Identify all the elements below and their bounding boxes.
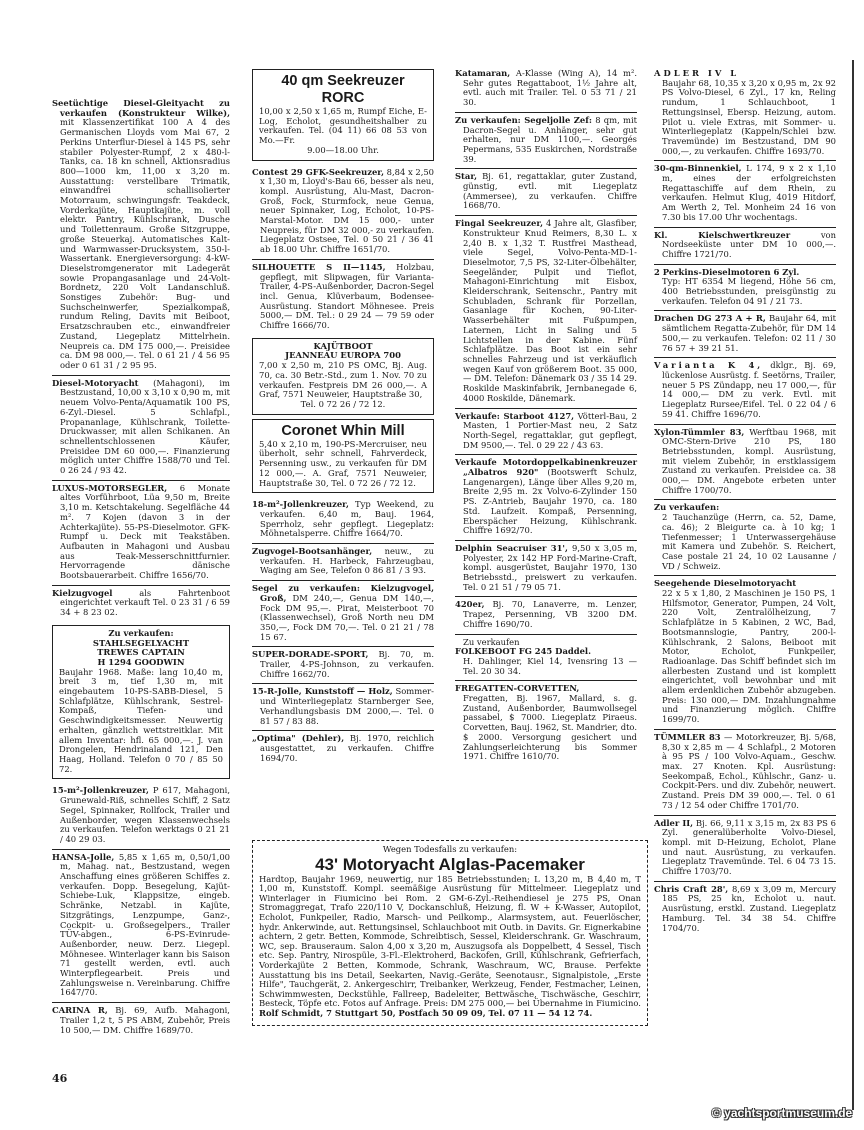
ad-body: Baujahr 68, 10,35 x 3,20 x 0,95 m, 2x 92… <box>654 79 836 157</box>
classified-ad: Contest 29 GFK-Seekreuzer, 8,84 x 2,50 x… <box>252 165 434 260</box>
boxed-ad-kajuetboot: KAJÜTBOOT JEANNEAU EUROPA 700 7,00 x 2,5… <box>252 338 434 415</box>
ad-title: 43' Motoryacht Alglas-Pacemaker <box>259 855 641 875</box>
ad-body: Baujahr 1968. Maße: lang 10,40 m, breit … <box>59 668 223 775</box>
column-1: Seetüchtige Diesel-Gleityacht zu verkauf… <box>52 96 230 1039</box>
column-2: 40 qm Seekreuzer RORC 10,00 x 2,50 x 1,6… <box>252 66 434 767</box>
ad-body: 22 x 5 x 1,80, 2 Maschinen je 150 PS, 1 … <box>654 589 836 725</box>
classified-ad: Xylon-Tümmler 83, Werftbau 1968, mit OMC… <box>654 425 836 501</box>
classified-ad: Kielzugvogel als Fahrtenboot eingerichte… <box>52 586 230 622</box>
classified-ad: „Optima" (Dehler), Bj. 1970, reichlich a… <box>252 731 434 767</box>
classified-ad: 420er, Bj. 70, Lanaverre, m. Lenzer, Tra… <box>455 597 637 634</box>
classified-ad: Katamaran, A-Klasse (Wing A), 14 m². Seh… <box>455 66 637 113</box>
boxed-ad-stahlsegelyacht: Zu verkaufen: STAHLSEGELYACHT TREWES CAP… <box>52 625 230 780</box>
classified-ad: Zu verkaufen: 2 Tauchanzüge (Herrn, ca. … <box>654 500 836 576</box>
ad-body: 2 Tauchanzüge (Herrn, ca. 52, Dame, ca. … <box>654 513 836 571</box>
boxed-ad-motoryacht-pacemaker: Wegen Todesfalls zu verkaufen: 43' Motor… <box>252 840 648 1026</box>
column-4: ADLER IV L Baujahr 68, 10,35 x 3,20 x 0,… <box>654 66 836 937</box>
classified-ad: Zugvogel-Bootsanhänger, neuw., zu verkau… <box>252 544 434 581</box>
ad-hours: 9.00—18.00 Uhr. <box>259 146 427 156</box>
classified-ad: Segel zu verkaufen: Kielzugvogel, Groß, … <box>252 581 434 647</box>
ad-phone: Tel. 0 72 26 / 72 12. <box>259 400 427 410</box>
classified-ad: CARINA R, Bj. 69, Aufb. Mahagoni, Traile… <box>52 1003 230 1039</box>
classified-ad: Seegehende Dieselmotoryacht 22 x 5 x 1,8… <box>654 576 836 730</box>
classified-ad: Verkaufe: Starboot 4127, Vötterl-Bau, 2 … <box>455 409 637 456</box>
classified-ad: Delphin Seacruiser 31', 9,50 x 3,05 m, P… <box>455 541 637 598</box>
classified-ad: Fingal Seekreuzer, 4 Jahre alt, Glasfibe… <box>455 216 637 408</box>
ad-body: 10,00 x 2,50 x 1,65 m, Rumpf Eiche, E-Lo… <box>259 107 427 146</box>
classified-ad: Chris Craft 28', 8,69 x 3,09 m, Mercury … <box>654 882 836 938</box>
classified-ad: Kl. Kielschwertkreuzer von Nordseeküste … <box>654 228 836 265</box>
boxed-ad-coronet: Coronet Whin Mill 5,40 x 2,10 m, 190-PS-… <box>252 419 434 494</box>
classified-ad: FREGATTEN-CORVETTEN, Fregatten, Bj. 1967… <box>455 681 637 766</box>
classified-ad: Seetüchtige Diesel-Gleityacht zu verkauf… <box>52 96 230 376</box>
classified-ad: Adler II, Bj. 66, 9,11 x 3,15 m, 2x 83 P… <box>654 816 836 882</box>
classified-ad: SILHOUETTE S II—1145, Holzbau, gepflegt,… <box>252 260 434 335</box>
classified-ad: 2 Perkins-Dieselmotoren 6 Zyl. Typ: HT 6… <box>654 265 836 312</box>
ad-title: 40 qm Seekreuzer RORC <box>259 73 427 107</box>
classified-ad: Diesel-Motoryacht (Mahagoni), im Bestzus… <box>52 376 230 481</box>
classified-ad: 30-qm-Binnenkiel, L 174, 9 x 2 x 1,10 m,… <box>654 161 836 227</box>
classified-ad: LUXUS-MOTORSEGLER, 6 Monate altes Vorfüh… <box>52 481 230 586</box>
classified-ad: Varianta K 4, dklgr., Bj. 69, lückenlose… <box>654 358 836 424</box>
classified-ad: Verkaufe Motordoppelkabinenkreuzer „Alba… <box>455 455 637 541</box>
classified-ad: Zu verkaufen FOLKEBOOT FG 245 Daddel. H.… <box>455 635 637 682</box>
ad-body: H. Dahlinger, Kiel 14, Ivensring 13 — Te… <box>455 657 637 676</box>
ad-signature: Rolf Schmidt, 7 Stuttgart 50, Postfach 5… <box>259 1009 641 1019</box>
ad-body: 7,00 x 2,50 m, 210 PS OMC, Bj. Aug. 70, … <box>259 361 427 400</box>
ad-body: Fregatten, Bj. 1967, Mallard, s. g. Zust… <box>455 694 637 762</box>
classified-ad: Star, Bj. 61, regattaklar, guter Zustand… <box>455 169 637 216</box>
watermark: © yachtsportmuseum.de <box>712 1106 852 1120</box>
ad-body: 5,40 x 2,10 m, 190-PS-Mercruiser, neu üb… <box>259 440 427 489</box>
boxed-ad-seekreuzer-rorc: 40 qm Seekreuzer RORC 10,00 x 2,50 x 1,6… <box>252 69 434 161</box>
classified-ad: Drachen DG 273 A + R, Baujahr 64, mit sä… <box>654 311 836 358</box>
classified-ad: 15-R-Jolle, Kunststoff — Holz, Sommer- u… <box>252 684 434 731</box>
classified-ad: 18-m²-Jollenkreuzer, Typ Weekend, zu ver… <box>252 497 434 544</box>
classified-ad: HANSA-Jolle, 5,85 x 1,65 m, 0,50/1,00 m,… <box>52 850 230 1004</box>
classified-ad: TÜMMLER 83 — Motorkreuzer, Bj. 5/68, 8,3… <box>654 730 836 816</box>
classified-ad: SUPER-DORADE-SPORT, Bj. 70, m. Trailer, … <box>252 647 434 684</box>
ad-body: Hardtop, Baujahr 1969, neuwertig, nur 18… <box>259 875 641 1009</box>
column-3: Katamaran, A-Klasse (Wing A), 14 m². Seh… <box>455 66 637 766</box>
column-rule <box>852 60 854 1110</box>
ad-title: Coronet Whin Mill <box>259 423 427 440</box>
classified-ad: ADLER IV L Baujahr 68, 10,35 x 3,20 x 0,… <box>654 66 836 161</box>
classified-ad: 15-m²-Jollenkreuzer, P 617, Mahagoni, Gr… <box>52 783 230 849</box>
ad-body: Typ: HT 6354 M liegend, Höhe 56 cm, 400 … <box>654 277 836 306</box>
page-number: 46 <box>52 1072 67 1085</box>
classified-ad: Zu verkaufen: Segeljolle Zef: 8 qm, mit … <box>455 113 637 170</box>
ad-preheading: Wegen Todesfalls zu verkaufen: <box>259 845 641 855</box>
